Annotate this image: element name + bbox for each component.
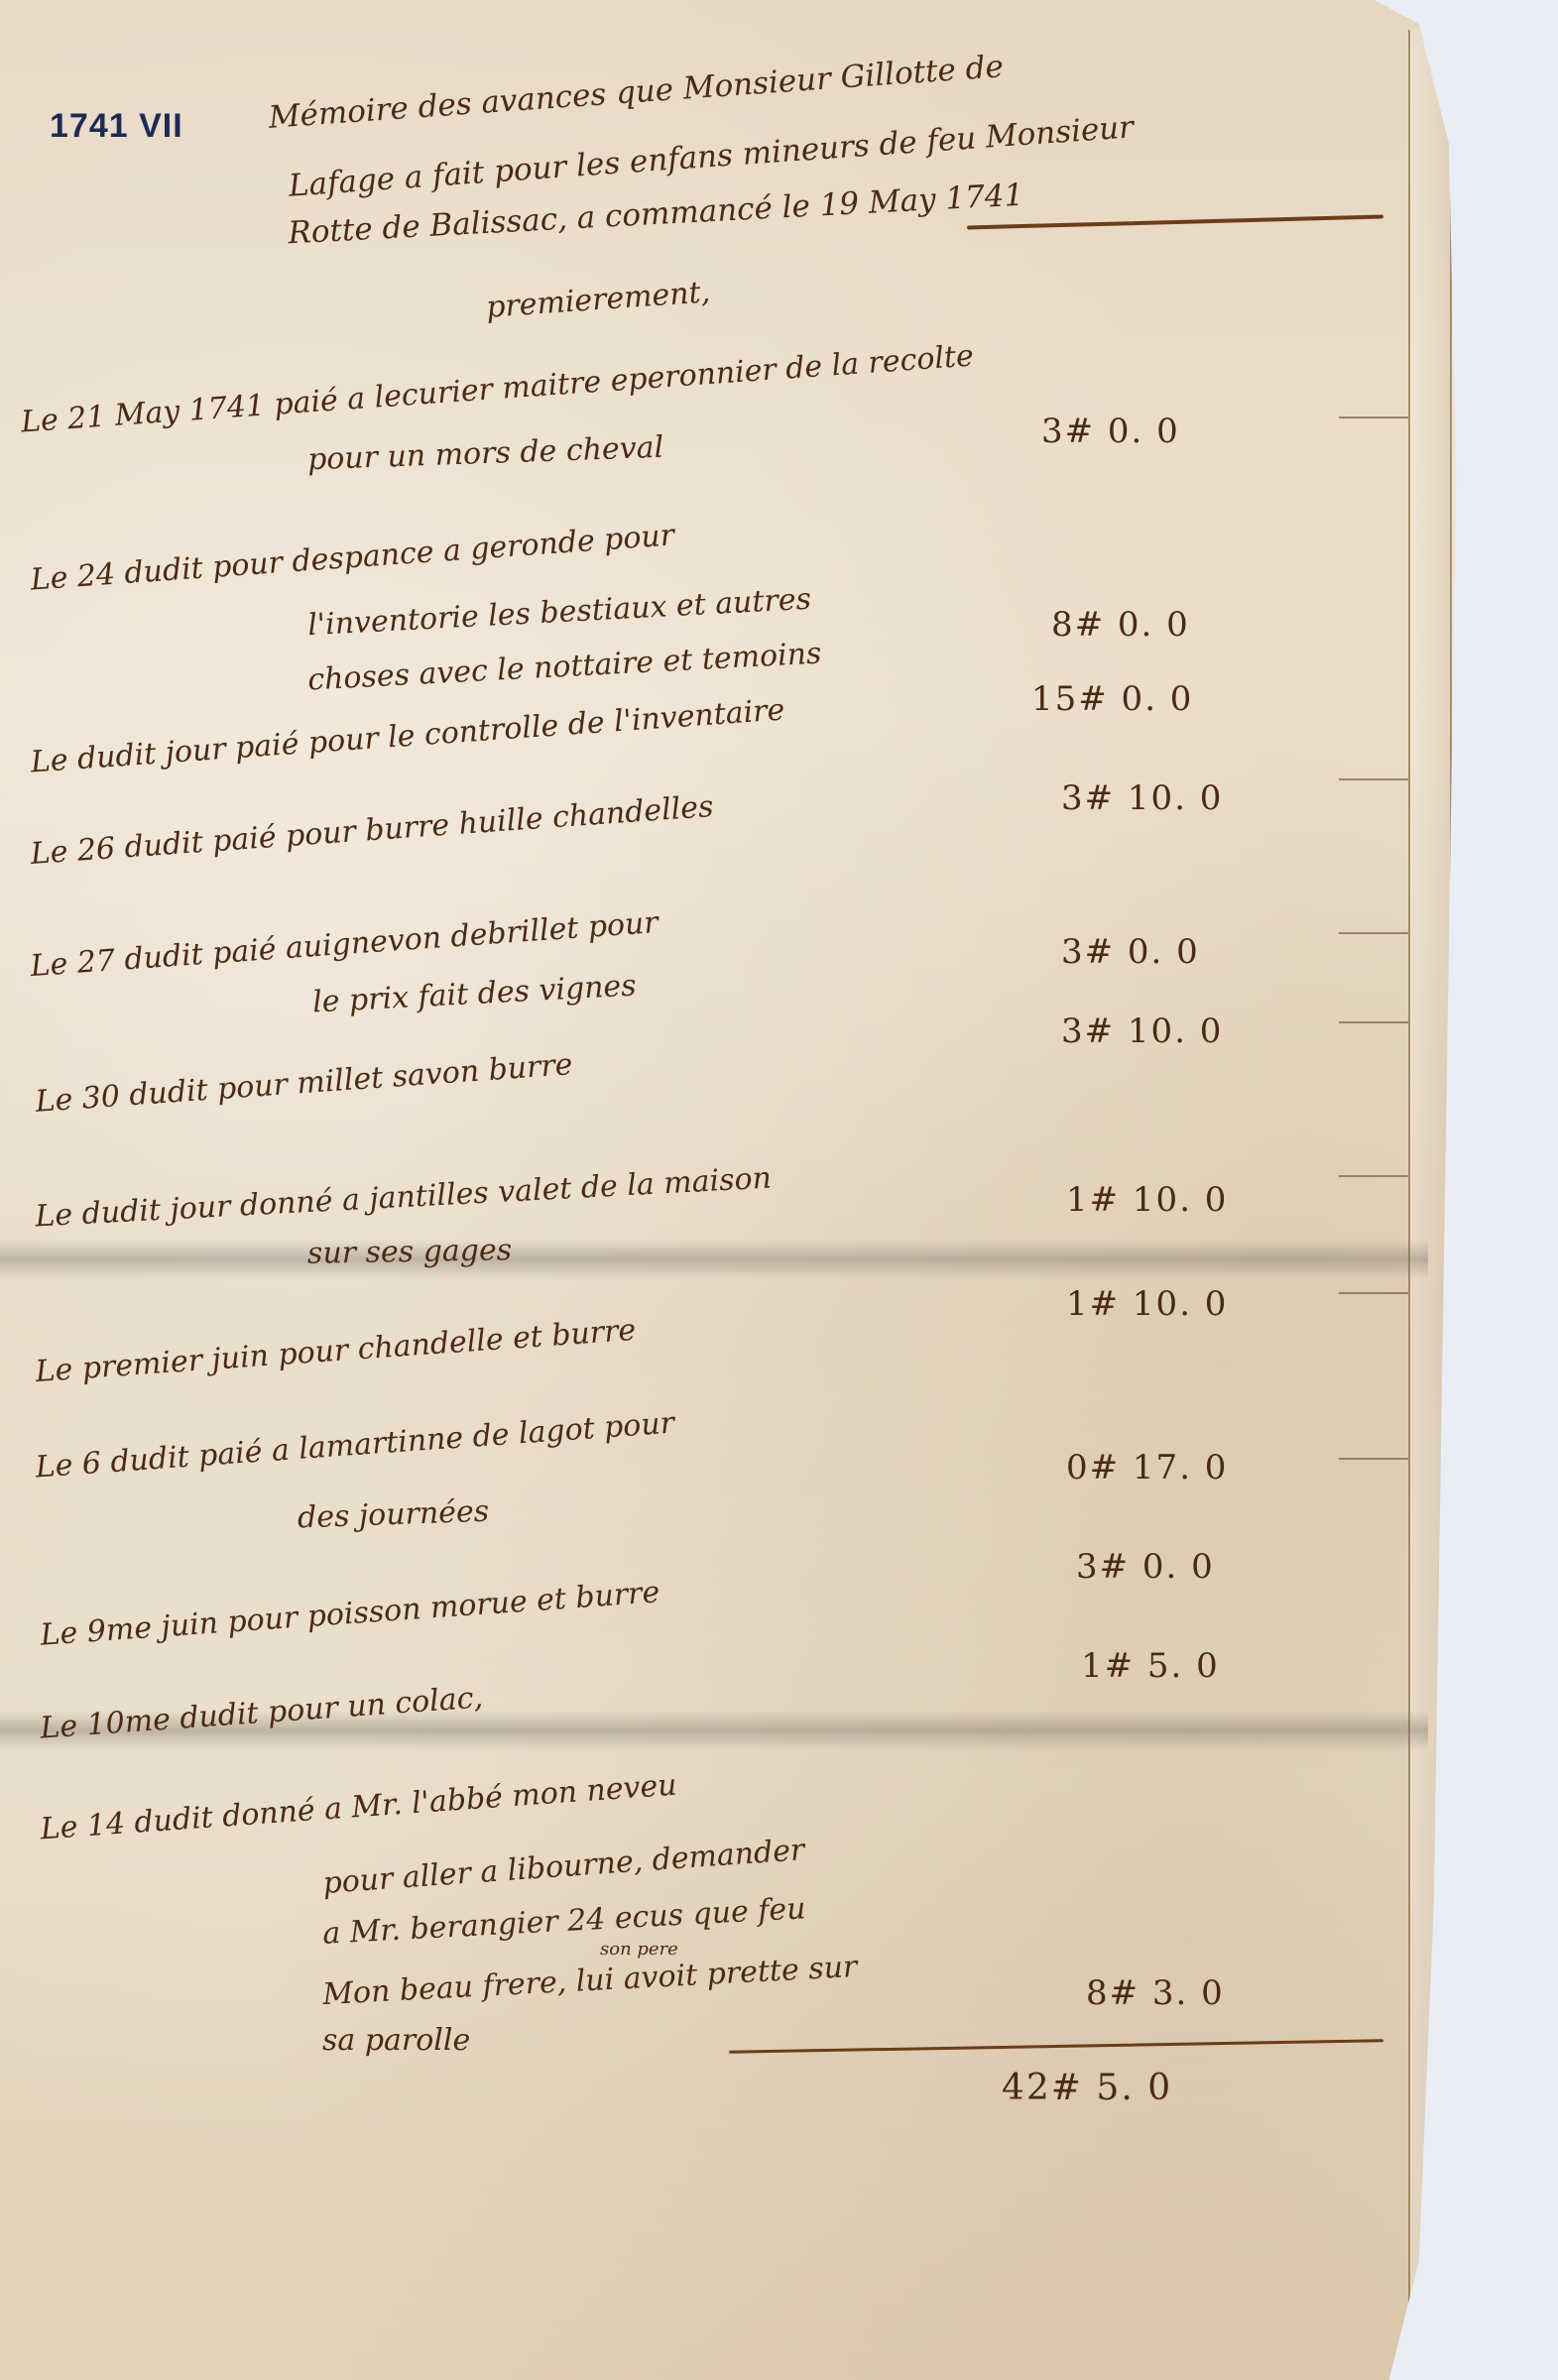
margin-dash — [1339, 1175, 1408, 1177]
entry-line: des journées — [297, 1494, 489, 1536]
entry-line: le prix fait des vignes — [311, 968, 637, 1019]
entry-line: sa parolle — [322, 2023, 470, 2058]
page-edge — [1450, 30, 1480, 2340]
margin-dash — [1339, 778, 1408, 780]
entry-line: l'inventorie les bestiaux et autres — [306, 582, 811, 644]
entry-amount: 1# 5. 0 — [1081, 1646, 1220, 1686]
entry-line: Le 30 dudit pour millet savon burre — [34, 1047, 573, 1120]
entry-line: pour un mors de cheval — [306, 430, 663, 478]
entry-amount: 3# 10. 0 — [1061, 778, 1223, 818]
paper-fold — [0, 1240, 1428, 1279]
entry-amount: 1# 10. 0 — [1066, 1180, 1228, 1220]
total-amount: 42# 5. 0 — [1002, 2068, 1172, 2108]
interlinear-note: son pere — [600, 1939, 678, 1960]
entry-amount: 8# 0. 0 — [1051, 605, 1190, 645]
title-line: Mémoire des avances que Monsieur Gillott… — [268, 49, 1005, 136]
margin-dash — [1339, 1458, 1408, 1460]
margin-dash — [1339, 416, 1408, 418]
entry-line: Le 24 dudit pour despance a geronde pour — [30, 518, 676, 597]
title-underline — [967, 215, 1383, 230]
margin-dash — [1339, 932, 1408, 934]
entry-line: Le 6 dudit paié a lamartinne de lagot po… — [35, 1406, 676, 1486]
entry-line: a Mr. berangier 24 ecus que feu — [321, 1891, 806, 1951]
archive-reference-number: 1741 VII — [50, 107, 183, 146]
entry-amount: 3# 0. 0 — [1061, 932, 1200, 972]
margin-dash — [1339, 1292, 1408, 1294]
entry-amount: 3# 10. 0 — [1061, 1011, 1223, 1051]
entry-line: choses avec le nottaire et temoins — [306, 636, 822, 697]
entry-amount: 0# 17. 0 — [1066, 1448, 1228, 1487]
entry-amount: 8# 3. 0 — [1086, 1973, 1225, 2013]
manuscript-page: 1741 VII Mémoire des avances que Monsieu… — [0, 0, 1494, 2380]
entry-line: Mon beau frere, lui avoit prette sur — [321, 1950, 858, 2012]
entry-line: Le 26 dudit paié pour burre huille chand… — [30, 789, 715, 872]
entry-line: Le 21 May 1741 paié a lecurier maitre ep… — [20, 338, 975, 439]
entry-line: Le premier juin pour chandelle et burre — [35, 1313, 638, 1389]
entry-line: sur ses gages — [307, 1233, 513, 1271]
entry-line: Le 14 dudit donné a Mr. l'abbé mon neveu — [40, 1768, 678, 1847]
entry-amount: 1# 10. 0 — [1066, 1284, 1228, 1324]
entry-line: Le dudit jour donné a jantilles valet de… — [35, 1161, 773, 1235]
section-heading: premierement, — [485, 275, 711, 325]
entry-line: Le 9me juin pour poisson morue et burre — [40, 1575, 661, 1653]
entry-amount: 3# 0. 0 — [1076, 1547, 1215, 1587]
page-edge — [1408, 30, 1450, 2340]
entry-line: Le dudit jour paié pour le controlle de … — [30, 692, 786, 779]
entry-amount: 15# 0. 0 — [1031, 679, 1193, 719]
total-rule — [729, 2039, 1383, 2054]
entry-amount: 3# 0. 0 — [1041, 412, 1180, 451]
margin-dash — [1339, 1021, 1408, 1023]
entry-line: pour aller a libourne, demander — [321, 1833, 805, 1901]
